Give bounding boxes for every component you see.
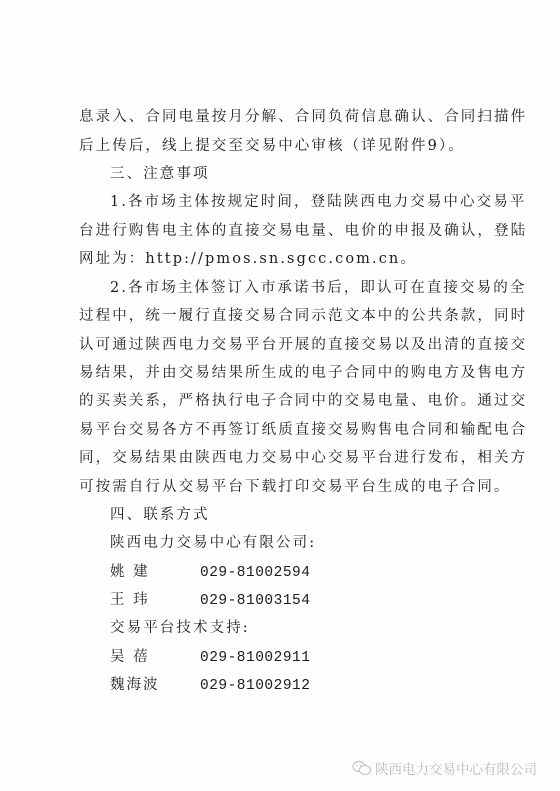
- paragraph-line: 可按需自行从交易平台下载打印交易平台生成的电子合同。: [79, 478, 511, 496]
- website-line: 网址为：http://pmos.sn.sgcc.com.cn。: [79, 250, 417, 268]
- contact-name: 王 玮: [110, 591, 200, 609]
- contact-phone: 029-81003154: [200, 592, 310, 610]
- contact-phone: 029-81002912: [200, 677, 310, 695]
- contact-phone: 029-81002911: [200, 649, 310, 667]
- paragraph-line: 2.各市场主体签订入市承诺书后，即认可在直接交易的全: [110, 279, 526, 297]
- section-heading-contacts: 四、联系方式: [110, 506, 210, 524]
- paragraph-line: 易结果，并由交易结果所生成的电子合同中的购电方及售电方: [79, 364, 527, 382]
- paragraph-line: 后上传后，线上提交至交易中心审核（详见附件9）。: [79, 137, 465, 155]
- paragraph-line: 1.各市场主体按规定时间，登陆陕西电力交易中心交易平: [110, 193, 526, 211]
- paragraph-line: 同，交易结果由陕西电力交易中心交易平台进行发布，相关方: [79, 449, 527, 467]
- watermark: 陕西电力交易中心有限公司: [352, 758, 537, 778]
- paragraph-line: 台进行购售电主体的直接交易电量、电价的申报及确认，登陆: [79, 222, 527, 240]
- contact-row: 王 玮029-81003154: [110, 591, 310, 610]
- watermark-text: 陕西电力交易中心有限公司: [375, 758, 537, 778]
- company-label: 陕西电力交易中心有限公司:: [110, 534, 316, 552]
- wechat-icon: [352, 760, 372, 776]
- document-page: 息录入、合同电量按月分解、合同负荷信息确认、合同扫描件 后上传后，线上提交至交易…: [0, 0, 560, 791]
- contact-phone: 029-81002594: [200, 564, 310, 582]
- paragraph-line: 过程中，统一履行直接交易合同示范文本中的公共条款，同时: [79, 307, 527, 325]
- contact-row: 吴 蓓029-81002911: [110, 648, 310, 667]
- paragraph-line: 息录入、合同电量按月分解、合同负荷信息确认、合同扫描件: [79, 108, 527, 126]
- contact-row: 魏海波029-81002912: [110, 676, 310, 695]
- contact-name: 魏海波: [110, 676, 200, 694]
- contact-name: 姚 建: [110, 563, 200, 581]
- paragraph-line: 易平台交易各方不再签订纸质直接交易购售电合同和输配电合: [79, 421, 527, 439]
- contact-name: 吴 蓓: [110, 648, 200, 666]
- tech-support-label: 交易平台技术支持:: [110, 619, 250, 637]
- section-heading-notes: 三、注意事项: [110, 165, 210, 183]
- paragraph-line: 认可通过陕西电力交易平台开展的直接交易以及出清的直接交: [79, 336, 527, 354]
- contact-row: 姚 建029-81002594: [110, 563, 310, 582]
- paragraph-line: 的买卖关系，严格执行电子合同中的交易电量、电价。通过交: [79, 392, 527, 410]
